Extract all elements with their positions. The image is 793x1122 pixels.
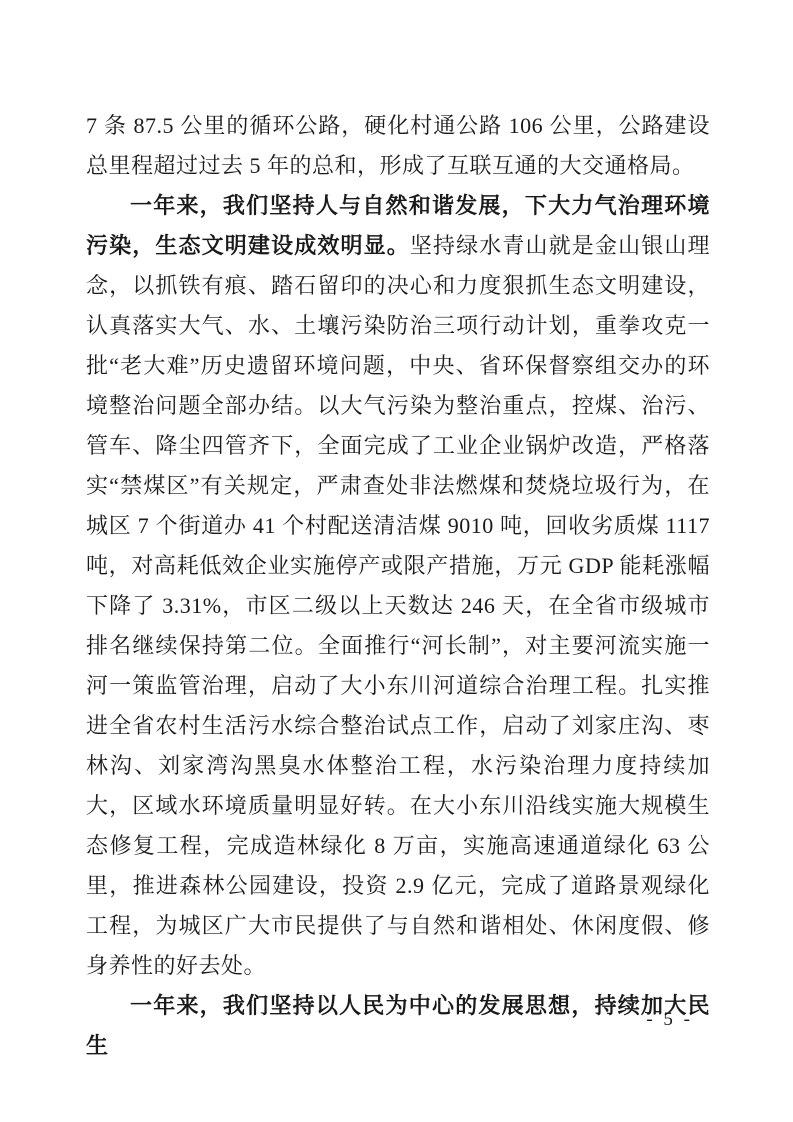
paragraph-lead-sentence: 一年来，我们坚持以人民为中心的发展思想，持续加大民生 (86, 993, 710, 1058)
paragraph-text: 7 条 87.5 公里的循环公路，硬化村通公路 106 公里，公路建设总里程超过… (86, 113, 710, 178)
document-body: 7 条 87.5 公里的循环公路，硬化村通公路 106 公里，公路建设总里程超过… (86, 106, 710, 1066)
paragraph-ecology: 一年来，我们坚持人与自然和谐发展，下大力气治理环境污染，生态文明建设成效明显。坚… (86, 186, 710, 986)
paragraph-text: 坚持绿水青山就是金山银山理念，以抓铁有痕、踏石留印的决心和力度狠抓生态文明建设，… (86, 233, 710, 978)
paragraph-livelihood: 一年来，我们坚持以人民为中心的发展思想，持续加大民生 (86, 986, 710, 1066)
page-number: - 5 - (646, 1006, 693, 1034)
paragraph-continuation: 7 条 87.5 公里的循环公路，硬化村通公路 106 公里，公路建设总里程超过… (86, 106, 710, 186)
document-page: 7 条 87.5 公里的循环公路，硬化村通公路 106 公里，公路建设总里程超过… (0, 0, 793, 1122)
